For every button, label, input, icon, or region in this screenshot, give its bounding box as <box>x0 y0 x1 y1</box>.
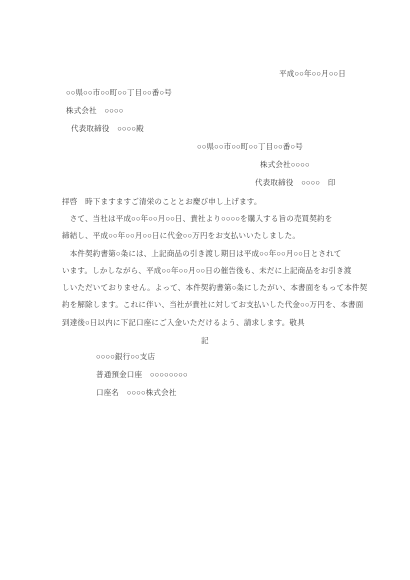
sender-address: ○○県○○市○○町○○丁目○○番○号 <box>197 142 303 152</box>
body-line: 締結し、平成○○年○○月○○日に代金○○万円をお支払いいたしました。 <box>62 231 300 241</box>
body-line-closing: 到達後○日以内に下記口座にご入金いただけるよう、請求します。敬具 <box>62 318 305 328</box>
bank-account-number-line: 普通預金口座 ○○○○○○○○ <box>96 370 188 380</box>
body-line: さて、当社は平成○○年○○月○○日、貴社より○○○○を購入する旨の売買契約を <box>62 214 332 224</box>
body-line: 本件契約書第○条には、上記商品の引き渡し期日は平成○○年○○月○○日とされて <box>62 249 342 259</box>
sender-company: 株式会社○○○○ <box>260 160 310 170</box>
bank-account-name-line: 口座名 ○○○○株式会社 <box>96 388 177 398</box>
recipient-company: 株式会社 ○○○○ <box>66 106 123 116</box>
letter-page: 平成○○年○○月○○日 ○○県○○市○○町○○丁目○○番○号 株式会社 ○○○○… <box>0 0 410 580</box>
recipient-address: ○○県○○市○○町○○丁目○○番○号 <box>66 88 172 98</box>
bank-branch-line: ○○○○銀行○○支店 <box>96 352 155 362</box>
recipient-representative: 代表取締役 ○○○○殿 <box>71 124 144 134</box>
body-line: います。しかしながら、平成○○年○○月○○日の催告後も、未だに上記商品をお引き渡 <box>62 266 352 276</box>
body-line-greeting: 拝啓 時下ますますご清栄のこととお慶び申し上げます。 <box>62 197 262 207</box>
letter-date: 平成○○年○○月○○日 <box>279 69 346 79</box>
sender-representative: 代表取締役 ○○○○ 印 <box>255 178 336 188</box>
record-marker: 記 <box>0 336 410 346</box>
body-line: しいただいておりません。よって、本件契約書第○条にしたがい、本書面をもって本件契 <box>62 283 367 293</box>
body-line: 約を解除します。これに伴い、当社が貴社に対してお支払いした代金○○万円を、本書面 <box>62 300 363 310</box>
